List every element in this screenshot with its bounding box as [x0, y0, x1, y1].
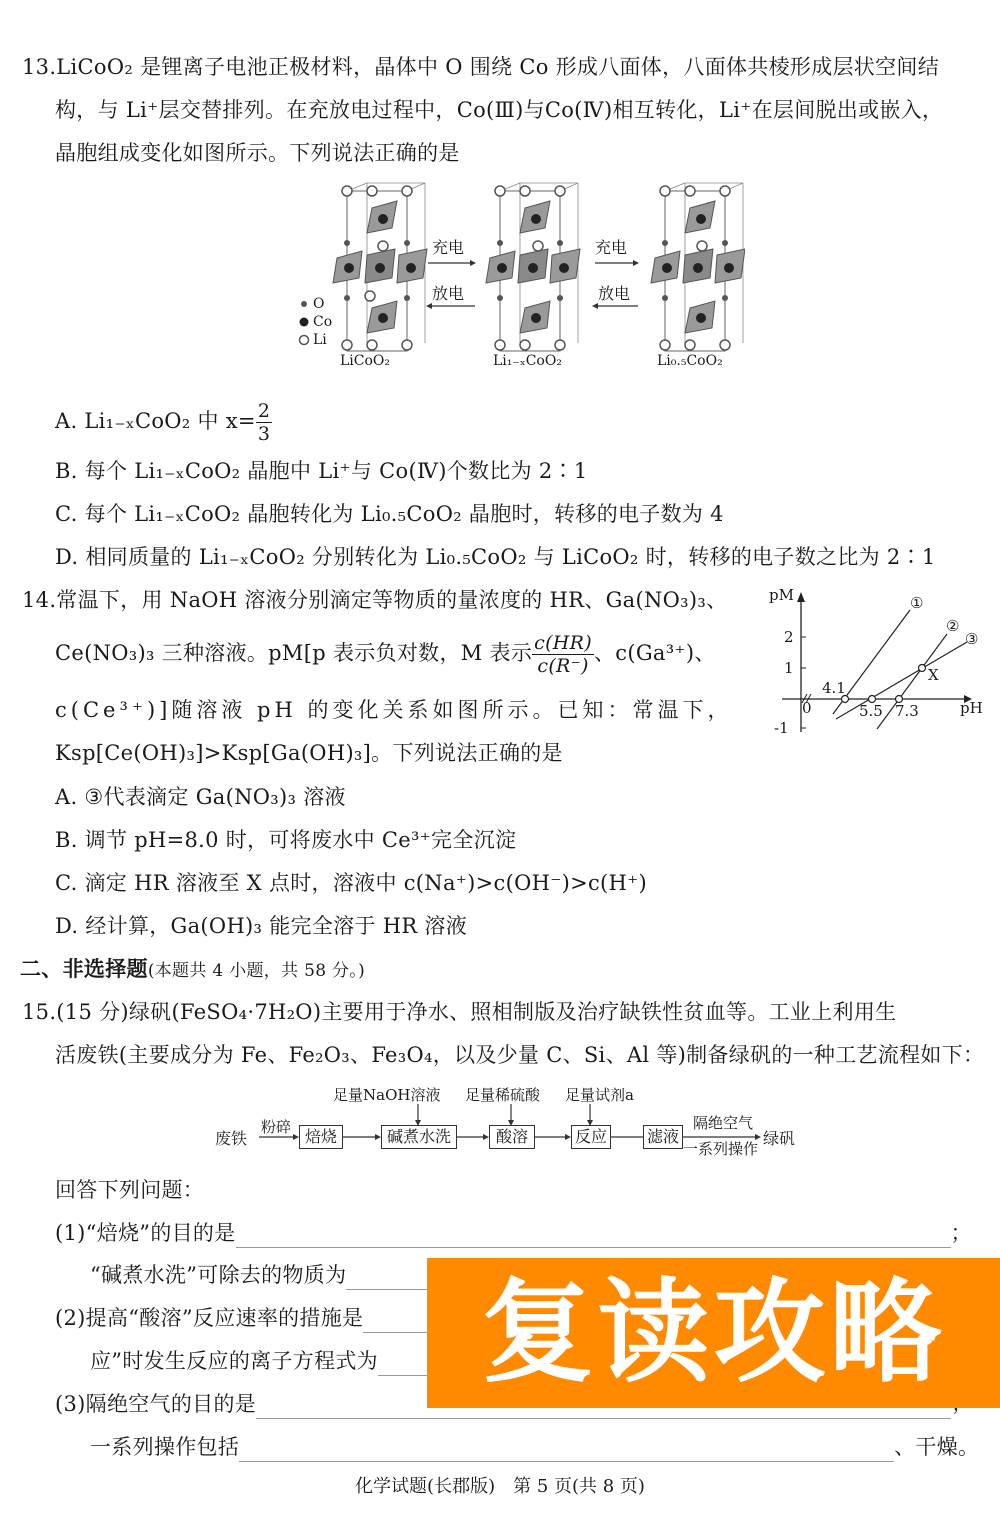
q14-stem-line1: 14.常温下，用 NaOH 溶液分别滴定等物质的量浓度的 HR、Ga(NO₃)₃…	[22, 585, 727, 615]
cell-label-li05coo2: Li₀.₅CoO₂	[657, 353, 723, 369]
series-1-label: ①	[910, 594, 923, 612]
y-tick-2: 2	[784, 628, 794, 646]
q14-stem-line4: Ksp[Ce(OH)₃]>Ksp[Ga(OH)₃]。下列说法正确的是	[55, 738, 563, 768]
flow-series-ops: 一系列操作	[683, 1138, 758, 1159]
flow-start: 废铁	[215, 1126, 247, 1149]
q15-sub1-b-text: “碱煮水洗”可除去的物质为	[90, 1263, 346, 1287]
x-axis-label: pH	[960, 699, 983, 717]
discharge-label-1: 放电	[432, 281, 464, 304]
q13-option-a-text: A. Li₁₋ₓCoO₂ 中 x=	[55, 409, 256, 433]
charge-label-2: 充电	[595, 235, 627, 258]
flow-box-roast: 焙烧	[299, 1125, 343, 1149]
label-7-3: 7.3	[895, 702, 919, 720]
q15-stem-line1: 15.(15 分)绿矾(FeSO₄·7H₂O)主要用于净水、照相制版及治疗缺铁性…	[22, 997, 896, 1027]
q14-option-c: C. 滴定 HR 溶液至 X 点时，溶液中 c(Na⁺)>c(OH⁻)>c(H⁺…	[55, 868, 647, 898]
q15-sub3-b-end: 、干燥。	[894, 1435, 979, 1459]
q15-answer-intro: 回答下列问题：	[55, 1175, 204, 1205]
flow-box-filtrate: 滤液	[643, 1125, 683, 1149]
q15-sub3-a-text: (3)隔绝空气的目的是	[55, 1392, 256, 1416]
crystal-structure-figure: 充电 放电 充电 放电 O Co Li LiCoO₂ Li₁₋ₓCoO₂ Li₀…	[295, 178, 745, 378]
q13-stem-line1: 13.LiCoO₂ 是锂离子电池正极材料，晶体中 O 围绕 Co 形成八面体，八…	[22, 52, 939, 82]
fraction-two-thirds: 23	[256, 400, 272, 445]
q13-option-b: B. 每个 Li₁₋ₓCoO₂ 晶胞中 Li⁺与 Co(Ⅳ)个数比为 2∶1	[55, 456, 588, 486]
frac-den: 3	[256, 423, 272, 445]
label-x-point: X	[928, 666, 939, 684]
discharge-label-2: 放电	[598, 281, 630, 304]
series-3-label: ③	[965, 630, 978, 648]
charge-label-1: 充电	[432, 235, 464, 258]
fraction-hr-r: c(HR)c(R⁻)	[532, 632, 594, 677]
q13-option-d: D. 相同质量的 Li₁₋ₓCoO₂ 分别转化为 Li₀.₅CoO₂ 与 LiC…	[55, 542, 936, 572]
flow-box-reaction: 反应	[571, 1125, 611, 1149]
q15-stem-line2: 活废铁(主要成分为 Fe、Fe₂O₃、Fe₃O₄，以及少量 C、Si、Al 等)…	[55, 1040, 984, 1070]
q13-option-c: C. 每个 Li₁₋ₓCoO₂ 晶胞转化为 Li₀.₅CoO₂ 晶胞时，转移的电…	[55, 499, 724, 529]
q13-option-a: A. Li₁₋ₓCoO₂ 中 x=23	[55, 397, 272, 445]
q15-sub3-b-text: 一系列操作包括	[90, 1435, 239, 1459]
legend-o: O	[313, 295, 324, 313]
q14-stem-line2: Ce(NO₃)₃ 三种溶液。pM[p 表示负对数，M 表示c(HR)c(R⁻)、…	[55, 628, 716, 678]
flow-box-acid-dissolve: 酸溶	[489, 1125, 535, 1149]
y-tick-1: 1	[784, 659, 794, 677]
q14-option-b: B. 调节 pH=8.0 时，可将废水中 Ce³⁺完全沉淀	[55, 825, 516, 855]
q15-sub2-b-text: 应”时发生反应的离子方程式为	[90, 1349, 378, 1373]
reagent-naoh: 足量NaOH溶液	[333, 1084, 440, 1105]
section2-heading: 二、非选择题(本题共 4 小题，共 58 分。)	[20, 954, 365, 986]
q14-stem-line3: c(Ce³⁺)]随溶液 pH 的变化关系如图所示。已知：常温下，	[55, 695, 732, 725]
section2-note: (本题共 4 小题，共 58 分。)	[148, 961, 365, 981]
page-footer: 化学试题(长郡版) 第 5 页(共 8 页)	[0, 1472, 1000, 1498]
q14-stem-line2b: 、c(Ga³⁺)、	[594, 641, 716, 665]
origin-label: 0	[802, 699, 812, 717]
cell-label-li1-xcoo2: Li₁₋ₓCoO₂	[493, 353, 562, 369]
label-5-5: 5.5	[859, 702, 883, 720]
q15-sub1-a-end: ；	[951, 1221, 972, 1245]
process-flow-diagram: 废铁 粉碎 焙烧 碱煮水洗 酸溶 反应 滤液 足量NaOH溶液 足量稀硫酸 足量…	[215, 1082, 825, 1162]
y-axis-label: pM	[769, 586, 794, 604]
flow-isolate-air: 隔绝空气	[693, 1112, 753, 1133]
frac-den-r: c(R⁻)	[532, 655, 594, 677]
q14-stem-line2a: Ce(NO₃)₃ 三种溶液。pM[p 表示负对数，M 表示	[55, 641, 532, 665]
pm-ph-chart: pM 2 1 -1 0 pH 4.1 5.5 7.3 X ① ② ③	[762, 582, 1000, 742]
flow-end: 绿矾	[763, 1126, 795, 1149]
label-4-1: 4.1	[822, 679, 846, 697]
section2-title: 二、非选择题	[20, 956, 148, 981]
q15-sub3-line2: 一系列操作包括、干燥。	[90, 1432, 979, 1462]
frac-num: 2	[256, 400, 272, 423]
frac-num-hr: c(HR)	[532, 632, 594, 655]
legend-li: Li	[313, 331, 327, 349]
watermark-banner: 复读攻略	[427, 1258, 1000, 1408]
answer-blank-series-operations[interactable]	[239, 1437, 894, 1462]
q14-option-a: A. ③代表滴定 Ga(NO₃)₃ 溶液	[55, 782, 346, 812]
series-2-label: ②	[946, 617, 959, 635]
q14-option-d: D. 经计算，Ga(OH)₃ 能完全溶于 HR 溶液	[55, 911, 467, 941]
answer-blank-roast-purpose[interactable]	[236, 1223, 951, 1248]
y-tick-neg1: -1	[774, 719, 789, 737]
q13-stem-line2: 构，与 Li⁺层交替排列。在充放电过程中，Co(Ⅲ)与Co(Ⅳ)相互转化，Li⁺…	[55, 95, 943, 125]
flow-step0-label: 粉碎	[261, 1116, 291, 1137]
flow-box-alkali-wash: 碱煮水洗	[381, 1125, 457, 1149]
crystal-cells-svg	[295, 178, 745, 378]
q15-sub1-line1: (1)“焙烧”的目的是；	[55, 1218, 972, 1248]
reagent-a: 足量试剂a	[565, 1084, 634, 1105]
reagent-h2so4: 足量稀硫酸	[465, 1084, 540, 1105]
q13-stem-line3: 晶胞组成变化如图所示。下列说法正确的是	[55, 138, 460, 168]
q15-sub1-a-text: (1)“焙烧”的目的是	[55, 1221, 236, 1245]
legend-co: Co	[313, 313, 332, 331]
q15-sub2-a-text: (2)提高“酸溶”反应速率的措施是	[55, 1306, 363, 1330]
cell-label-licoo2: LiCoO₂	[340, 353, 390, 369]
